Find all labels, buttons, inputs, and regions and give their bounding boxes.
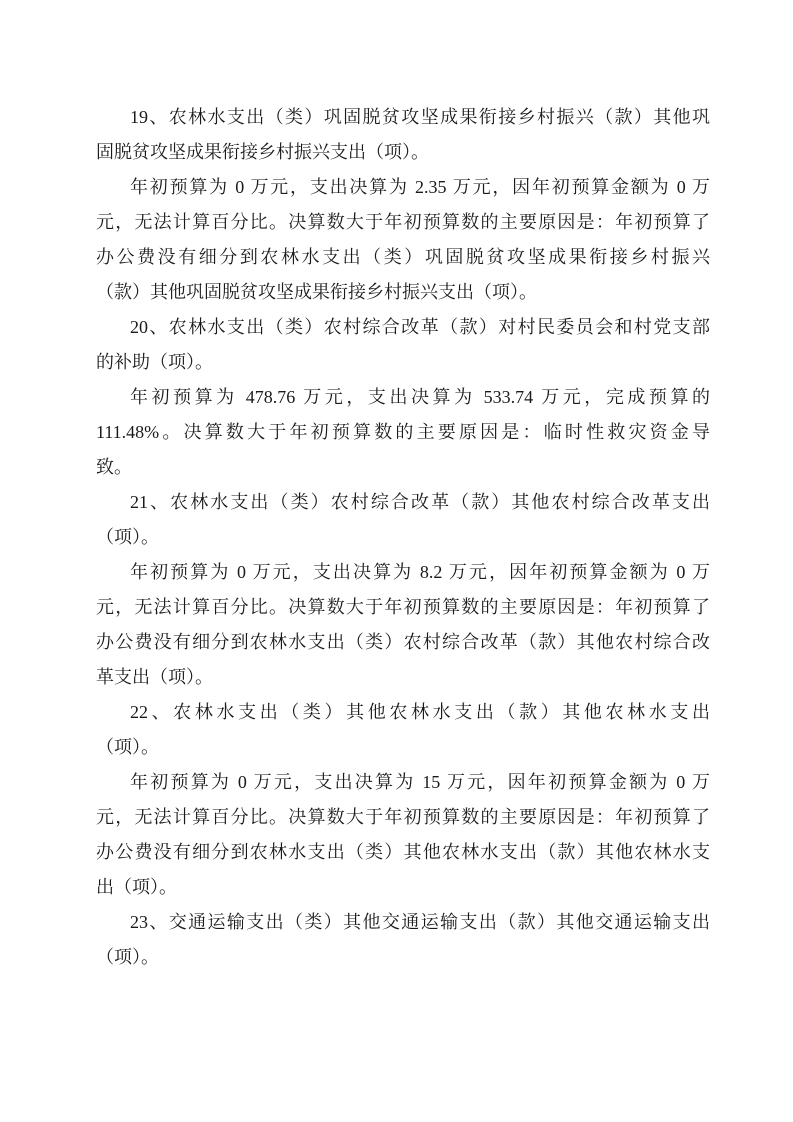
para-item-21-title: 21、农林水支出（类）农村综合改革（款）其他农村综合改革支出 （项）。	[96, 485, 710, 555]
para-item-19-title: 19、农林水支出（类）巩固脱贫攻坚成果衔接乡村振兴（款）其他巩 固脱贫攻坚成果衔…	[96, 100, 710, 170]
text-line: 办公费没有细分到农林水支出（类）其他农林水支出（款）其他农林水支	[96, 835, 710, 870]
text-line: （项）。	[96, 730, 710, 765]
text-line: 办公费没有细分到农林水支出（类）巩固脱贫攻坚成果衔接乡村振兴	[96, 240, 710, 275]
text-line: 元，无法计算百分比。决算数大于年初预算数的主要原因是：年初预算了	[96, 205, 710, 240]
text-line: （款）其他巩固脱贫攻坚成果衔接乡村振兴支出（项）。	[96, 275, 710, 310]
text-line: 年初预算为 0 万元，支出决算为 15 万元，因年初预算金额为 0 万	[96, 765, 710, 800]
para-item-19-detail: 年初预算为 0 万元，支出决算为 2.35 万元，因年初预算金额为 0 万 元，…	[96, 170, 710, 310]
para-item-22-title: 22、农林水支出（类）其他农林水支出（款）其他农林水支出 （项）。	[96, 695, 710, 765]
text-line: 出（项）。	[96, 870, 710, 905]
document-page: 19、农林水支出（类）巩固脱贫攻坚成果衔接乡村振兴（款）其他巩 固脱贫攻坚成果衔…	[0, 0, 793, 1122]
text-line: （项）。	[96, 520, 710, 555]
text-line: （项）。	[96, 940, 710, 975]
para-item-21-detail: 年初预算为 0 万元，支出决算为 8.2 万元，因年初预算金额为 0 万 元，无…	[96, 555, 710, 695]
text-line: 111.48%。决算数大于年初预算数的主要原因是：临时性救灾资金导	[96, 415, 710, 450]
text-line: 19、农林水支出（类）巩固脱贫攻坚成果衔接乡村振兴（款）其他巩	[96, 100, 710, 135]
para-item-20-title: 20、农林水支出（类）农村综合改革（款）对村民委员会和村党支部 的补助（项）。	[96, 310, 710, 380]
text-line: 年初预算为 0 万元，支出决算为 8.2 万元，因年初预算金额为 0 万	[96, 555, 710, 590]
text-line: 21、农林水支出（类）农村综合改革（款）其他农村综合改革支出	[96, 485, 710, 520]
text-line: 20、农林水支出（类）农村综合改革（款）对村民委员会和村党支部	[96, 310, 710, 345]
text-line: 固脱贫攻坚成果衔接乡村振兴支出（项）。	[96, 135, 710, 170]
text-line: 年初预算为 0 万元，支出决算为 2.35 万元，因年初预算金额为 0 万	[96, 170, 710, 205]
text-line: 元，无法计算百分比。决算数大于年初预算数的主要原因是：年初预算了	[96, 590, 710, 625]
text-line: 元，无法计算百分比。决算数大于年初预算数的主要原因是：年初预算了	[96, 800, 710, 835]
text-line: 办公费没有细分到农林水支出（类）农村综合改革（款）其他农村综合改	[96, 625, 710, 660]
text-line: 革支出（项）。	[96, 660, 710, 695]
text-line: 年初预算为 478.76 万元，支出决算为 533.74 万元，完成预算的	[96, 380, 710, 415]
text-line: 的补助（项）。	[96, 345, 710, 380]
para-item-20-detail: 年初预算为 478.76 万元，支出决算为 533.74 万元，完成预算的 11…	[96, 380, 710, 485]
document-body: 19、农林水支出（类）巩固脱贫攻坚成果衔接乡村振兴（款）其他巩 固脱贫攻坚成果衔…	[96, 100, 710, 975]
text-line: 22、农林水支出（类）其他农林水支出（款）其他农林水支出	[96, 695, 710, 730]
para-item-23-title: 23、交通运输支出（类）其他交通运输支出（款）其他交通运输支出 （项）。	[96, 905, 710, 975]
text-line: 致。	[96, 450, 710, 485]
para-item-22-detail: 年初预算为 0 万元，支出决算为 15 万元，因年初预算金额为 0 万 元，无法…	[96, 765, 710, 905]
text-line: 23、交通运输支出（类）其他交通运输支出（款）其他交通运输支出	[96, 905, 710, 940]
